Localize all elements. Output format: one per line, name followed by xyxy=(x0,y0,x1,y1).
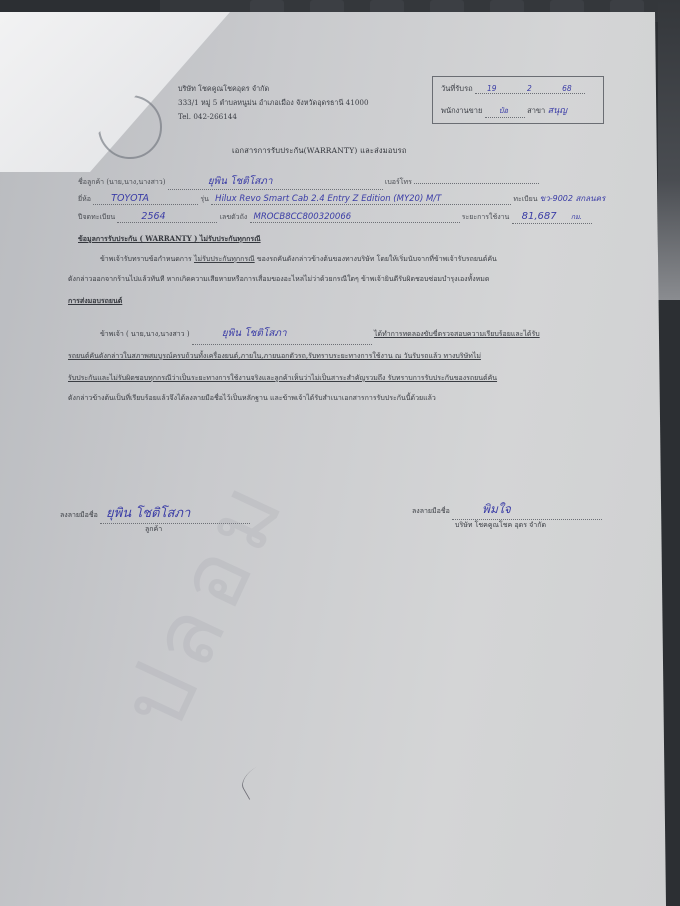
customer-field: ชื่อลูกค้า (นาย,นาง,นางสาว) ยุพิน โชติโส… xyxy=(78,174,539,190)
warranty-heading-value: ไม่รับประกันทุกกรณี xyxy=(200,234,261,243)
company-name: บริษัท โชคคูณโชคอุดร จำกัด xyxy=(178,82,369,96)
warranty-text: ข้าพเจ้ารับทราบข้อกำหนดการ xyxy=(100,255,192,263)
mileage-value: 81,687 xyxy=(522,211,557,222)
vehicle-field: ยี่ห้อ TOYOTA รุ่น Hilux Revo Smart Cab … xyxy=(78,192,605,205)
customer-label: ชื่อลูกค้า (นาย,นาง,นางสาว) xyxy=(78,178,165,186)
chassis-label: เลขตัวถัง xyxy=(220,213,248,221)
delivery-line-4: ดังกล่าวข้างต้นเป็นที่เรียบร้อยแล้วจึงได… xyxy=(68,388,436,408)
salesperson-label: พนักงานขาย xyxy=(441,106,482,115)
company-signature-label: ลงลายมือชื่อ xyxy=(412,507,450,515)
warranty-line-2: ดังกล่าวออกจากร้านไปแล้วทันที หากเกิดควา… xyxy=(68,269,489,289)
delivery-text: ได้ทำการทดลองขับขี่ตรวจสอบความเรียบร้อยแ… xyxy=(374,330,540,338)
company-signature-value: พิมใจ xyxy=(482,502,511,516)
customer-name: ยุพิน โชติโสภา xyxy=(208,176,273,187)
reg-year-label: ปีจดทะเบียน xyxy=(78,213,115,221)
company-signature: ลงลายมือชื่อ พิมใจ xyxy=(412,500,602,520)
delivery-customer-name: ยุพิน โชติโสภา xyxy=(222,328,287,339)
reg-year-value: 2564 xyxy=(141,211,165,222)
company-header: บริษัท โชคคูณโชคอุดร จำกัด 333/1 หมู่ 5 … xyxy=(178,82,369,124)
receipt-date-month: 2 xyxy=(527,84,532,93)
receipt-box: วันที่รับรถ 19 2 68 พนักงานขาย ป๋อ สาขา … xyxy=(432,76,604,124)
mileage-unit: กม. xyxy=(571,213,582,221)
warranty-line-1: ข้าพเจ้ารับทราบข้อกำหนดการ ไม่รับประกันท… xyxy=(100,249,497,269)
delivery-line-3: รับประกันและไม่รับผิดชอบทุกกรณีว่าเป็นระ… xyxy=(68,368,497,388)
delivery-heading: การส่งมอบรถยนต์ xyxy=(68,296,122,307)
receipt-date-label: วันที่รับรถ xyxy=(441,84,473,93)
brand-label: ยี่ห้อ xyxy=(78,195,91,203)
phone-label: เบอร์โทร xyxy=(385,178,412,186)
model-value: Hilux Revo Smart Cab 2.4 Entry Z Edition… xyxy=(215,194,441,204)
registration-field: ปีจดทะเบียน 2564 เลขตัวถัง MROCB8CC80032… xyxy=(78,211,592,224)
chassis-value: MROCB8CC800320066 xyxy=(254,212,352,222)
delivery-line-2: รถยนต์คันดังกล่าวในสภาพสมบูรณ์ครบถ้วนทั้… xyxy=(68,346,481,366)
salesperson-value: ป๋อ xyxy=(499,106,508,115)
company-address: 333/1 หมู่ 5 ตำบลหนูม่น อำเภอเมือง จังหว… xyxy=(178,96,369,110)
brand-value: TOYOTA xyxy=(111,193,149,204)
warranty-heading-label: ข้อมูลการรับประกัน ( WARRANTY ) xyxy=(78,234,197,243)
receipt-date-day: 19 xyxy=(487,84,497,93)
plate-label: ทะเบียน xyxy=(513,195,537,203)
mileage-label: ระยะการใช้งาน xyxy=(462,213,510,221)
company-phone: Tel. 042-266144 xyxy=(178,110,369,124)
branch-value: สนุญ xyxy=(548,106,567,116)
phone-value xyxy=(414,183,539,184)
keyboard-edge xyxy=(658,0,680,300)
warranty-heading: ข้อมูลการรับประกัน ( WARRANTY ) ไม่รับปร… xyxy=(78,234,261,245)
company-role: บริษัท โชคคูณโชค อุดร จำกัด xyxy=(455,520,546,531)
warranty-text: ของรถคันดังกล่าวข้างต้นของทางบริษัท โดยใ… xyxy=(257,255,497,263)
model-label: รุ่น xyxy=(200,195,209,203)
customer-signature-label: ลงลายมือชื่อ xyxy=(60,511,98,519)
receipt-date-year: 68 xyxy=(562,84,572,93)
plate-value: ขว-9002 สกลนคร xyxy=(540,194,606,203)
branch-label: สาขา xyxy=(527,106,545,115)
document-title: เอกสารการรับประกัน(WARRANTY) และส่งมอบรถ xyxy=(232,145,407,157)
delivery-line-1: ข้าพเจ้า ( นาย,นาง,นางสาว ) ยุพิน โชติโส… xyxy=(100,324,540,345)
warranty-no-coverage: ไม่รับประกันทุกกรณี xyxy=(194,255,255,263)
delivery-text: ข้าพเจ้า ( นาย,นาง,นางสาว ) xyxy=(100,330,190,338)
